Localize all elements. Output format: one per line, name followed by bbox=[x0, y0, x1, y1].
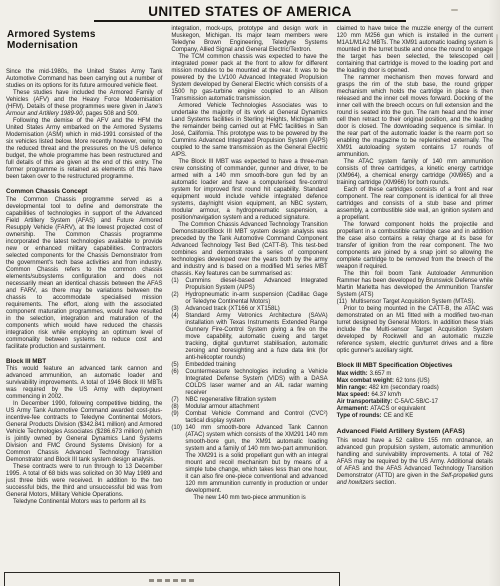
paragraph: The Common Chassis Advanced Technology T… bbox=[171, 222, 327, 278]
feature-item: (6)Countermeasure technologies including… bbox=[171, 369, 327, 397]
spec-row: Max speed:64.37 km/h bbox=[337, 392, 493, 399]
feature-item: (7)NBC regenerative filtration system bbox=[171, 397, 327, 404]
column-middle: integration, mock-ups, prototype and des… bbox=[171, 26, 327, 506]
feature-text: Multisensor Target Acquisition System (M… bbox=[351, 299, 493, 306]
feature-text: Hydropneumatic in-arm suspension (Cadill… bbox=[185, 292, 327, 306]
feature-item: (4)Standard Army Vetronics Architecture … bbox=[171, 313, 327, 362]
spec-value: C-5A/C-5B/C-17 bbox=[394, 399, 438, 405]
spec-row: Max combat weight:62 tons (US) bbox=[337, 378, 493, 385]
paragraph: In December 1990, following competitive … bbox=[6, 401, 162, 464]
feature-number: (10) bbox=[171, 425, 185, 495]
spec-row: Armament:ATACS or equivalent bbox=[337, 406, 493, 413]
spec-label: Min range: bbox=[337, 385, 367, 391]
spec-label: Max speed: bbox=[337, 392, 370, 398]
feature-number: (9) bbox=[171, 411, 185, 425]
paragraph: The forward component holds the projecti… bbox=[337, 222, 493, 271]
figure-caption-illegible bbox=[149, 579, 195, 582]
paragraph: Teledyne Continental Motors was to perfo… bbox=[6, 499, 162, 506]
country-title: UNITED STATES OF AMERICA bbox=[0, 4, 500, 19]
spec-value: 62 tons (US) bbox=[396, 378, 430, 384]
spec-label: Armament: bbox=[337, 406, 369, 412]
feature-number: (7) bbox=[171, 397, 185, 404]
paragraph: integration, mock-ups, prototype and des… bbox=[171, 26, 327, 54]
feature-item: (11)Multisensor Target Acquisition Syste… bbox=[337, 299, 493, 306]
spec-row: Air transportability:C-5A/C-5B/C-17 bbox=[337, 399, 493, 406]
feature-item: (1)Cummins diesel-based Advanced Integra… bbox=[171, 278, 327, 292]
subheading-common-chassis: Common Chassis Concept bbox=[6, 188, 162, 196]
spec-label: Max combat weight: bbox=[337, 378, 394, 384]
feature-text: Cummins diesel-based Advanced Integrated… bbox=[185, 278, 327, 292]
scan-speck bbox=[451, 9, 458, 11]
paragraph: claimed to have twice the muzzle energy … bbox=[337, 26, 493, 75]
feature-text: 140 mm smooth-bore Advanced Tank Cannon … bbox=[185, 425, 327, 495]
spec-row: Min range:482 km (secondary roads) bbox=[337, 385, 493, 392]
feature-number: (8) bbox=[171, 404, 185, 411]
column-left: Armored Systems Modernisation Since the … bbox=[6, 26, 162, 506]
feature-item: (8)Modular armour attachment bbox=[171, 404, 327, 411]
paragraph: The Block III MBT was expected to have a… bbox=[171, 159, 327, 222]
feature-number: (11) bbox=[337, 299, 351, 306]
spec-value: ATACS or equivalent bbox=[370, 406, 425, 412]
paragraph: These studies have included the Armored … bbox=[6, 90, 162, 118]
paragraph-text: section. bbox=[374, 480, 396, 486]
feature-text: Standard Army Vetronics Architecture (SA… bbox=[185, 313, 327, 362]
scan-edge-mark bbox=[496, 34, 498, 60]
feature-number: (5) bbox=[171, 362, 185, 369]
feature-text: NBC regenerative filtration system bbox=[185, 397, 327, 404]
paragraph: These contracts were to run through to 1… bbox=[6, 464, 162, 499]
document-page: UNITED STATES OF AMERICA Armored Systems… bbox=[0, 0, 500, 586]
paragraph: Armored Vehicle Technologies Associates … bbox=[171, 103, 327, 159]
spec-row: Max width:3.657 m bbox=[337, 371, 493, 378]
feature-text: Countermeasure technologies including a … bbox=[185, 369, 327, 397]
subheading-afas: Advanced Field Artillery System (AFAS) bbox=[337, 428, 493, 436]
paragraph: Each of these cartridges consists of a f… bbox=[337, 187, 493, 222]
paragraph: The Common Chassis programme served as a… bbox=[6, 197, 162, 351]
figure-box-cutoff bbox=[4, 572, 340, 586]
spec-row: Type of rounds:CE and KE bbox=[337, 413, 493, 420]
paragraph: Following the demise of the AFV and the … bbox=[6, 118, 162, 181]
article-title: Armored Systems Modernisation bbox=[7, 29, 162, 51]
paragraph: The rammer mechanism then moves forward … bbox=[337, 75, 493, 159]
subheading-block3-mbt: Block III MBT bbox=[6, 358, 162, 366]
paragraph: The TCM common chassis was expected to h… bbox=[171, 54, 327, 103]
paragraph: This would feature an advanced tank cann… bbox=[6, 366, 162, 401]
spec-label: Type of rounds: bbox=[337, 413, 382, 419]
page-header: UNITED STATES OF AMERICA bbox=[0, 0, 500, 22]
paragraph: The ATAC system family of 140 mm ammunit… bbox=[337, 159, 493, 187]
feature-number: (3) bbox=[171, 306, 185, 313]
spec-value: 482 km (secondary roads) bbox=[369, 385, 439, 391]
paragraph: The thin foil boom Tank Autoloader Ammun… bbox=[337, 271, 493, 299]
feature-text: Modular armour attachment bbox=[185, 404, 327, 411]
paragraph: Since the mid-1980s, the United States A… bbox=[6, 69, 162, 90]
feature-text: Embedded training bbox=[185, 362, 327, 369]
paragraph-text: , pages 508 and 509. bbox=[82, 111, 138, 117]
spec-value: 64.37 km/h bbox=[371, 392, 401, 398]
feature-text: Advanced track (XT166 or XT158L) bbox=[185, 306, 327, 313]
feature-number: (4) bbox=[171, 313, 185, 362]
feature-text: Combat Vehicle Command and Control (CVC²… bbox=[185, 411, 327, 425]
paragraph: Prior to being mounted in the CATT-B, th… bbox=[337, 306, 493, 355]
feature-item: (5)Embedded training bbox=[171, 362, 327, 369]
paragraph: This would have a 52 calibre 155 mm ordn… bbox=[337, 438, 493, 487]
feature-number: (2) bbox=[171, 292, 185, 306]
column-right: claimed to have twice the muzzle energy … bbox=[337, 26, 493, 506]
spec-label: Air transportability: bbox=[337, 399, 393, 405]
feature-item: (10)140 mm smooth-bore Advanced Tank Can… bbox=[171, 425, 327, 495]
spec-label: Max width: bbox=[337, 371, 368, 377]
feature-number: (1) bbox=[171, 278, 185, 292]
spec-value: CE and KE bbox=[384, 413, 414, 419]
paragraph: The new 140 mm two-piece ammunition is bbox=[185, 495, 327, 502]
article-columns: Armored Systems Modernisation Since the … bbox=[0, 22, 500, 506]
feature-item: (9)Combat Vehicle Command and Control (C… bbox=[171, 411, 327, 425]
feature-item: (3)Advanced track (XT166 or XT158L) bbox=[171, 306, 327, 313]
feature-number: (6) bbox=[171, 369, 185, 397]
spec-value: 3.657 m bbox=[370, 371, 392, 377]
subheading-spec-objectives: Block III MBT Specification Objectives bbox=[337, 362, 493, 370]
feature-item: (2)Hydropneumatic in-arm suspension (Cad… bbox=[171, 292, 327, 306]
paragraph-text: These studies have included the Armored … bbox=[6, 90, 162, 110]
